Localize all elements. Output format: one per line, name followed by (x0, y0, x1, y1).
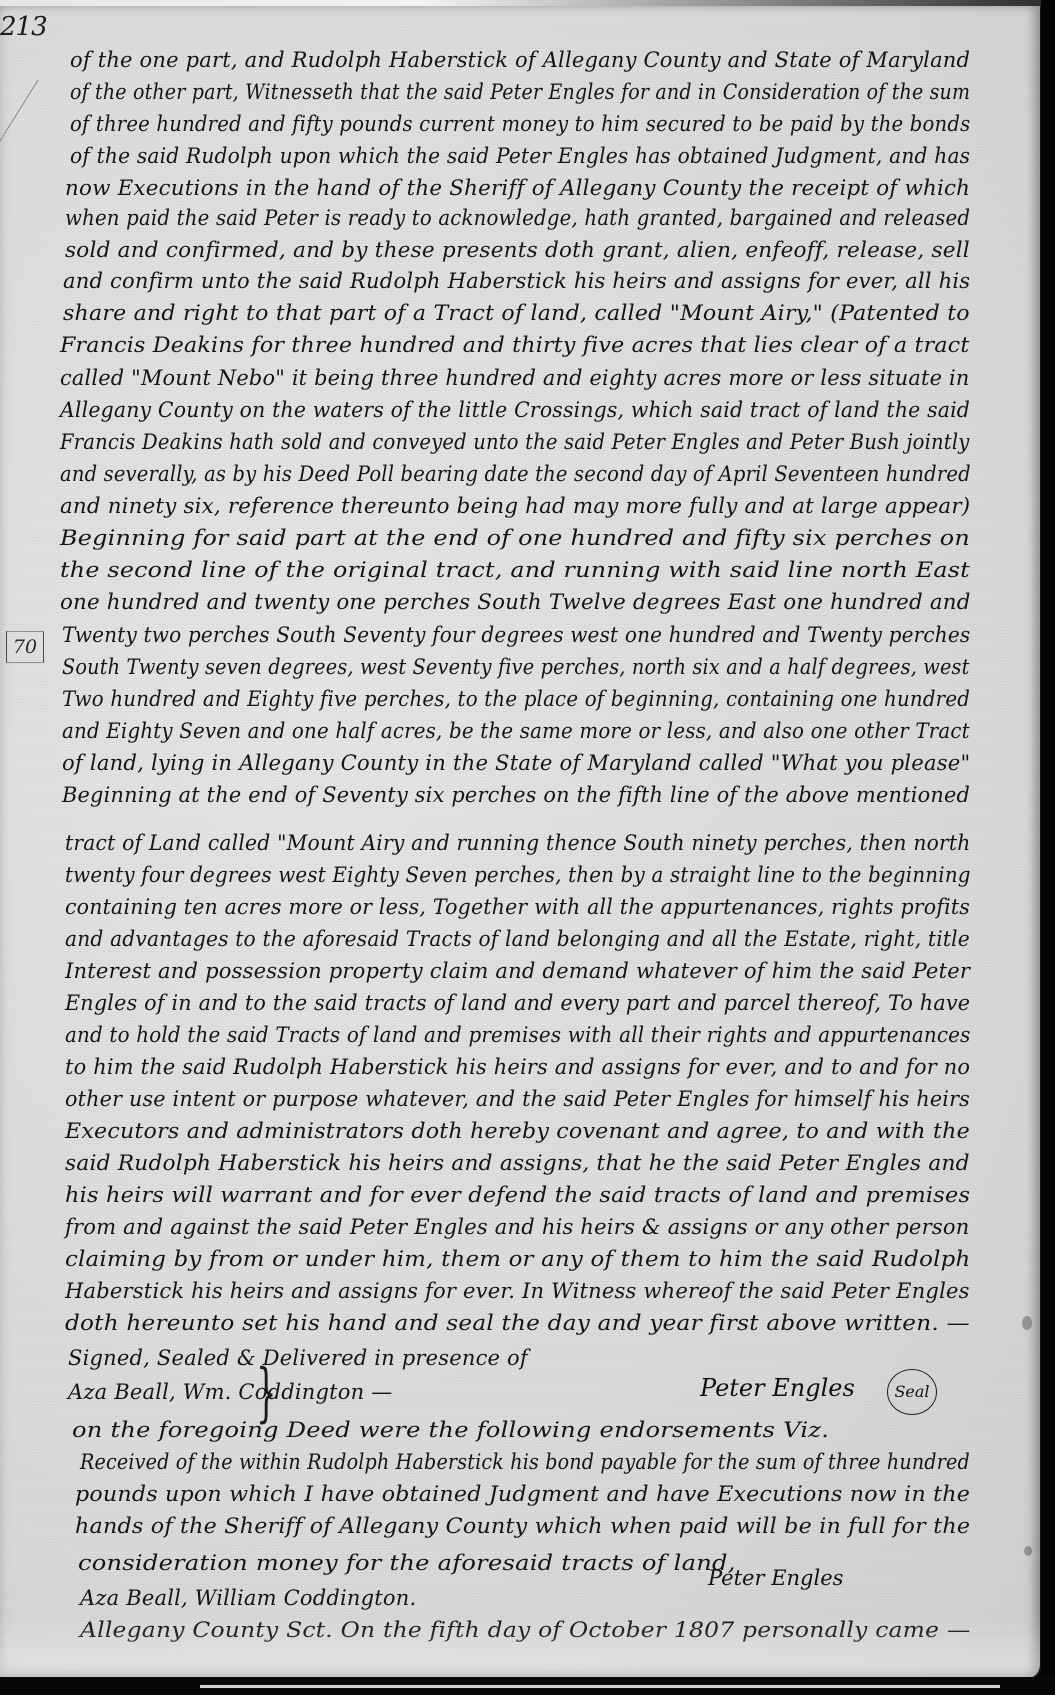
deed-line: Engles of in and to the said tracts of l… (65, 991, 970, 1015)
deed-line: of land, lying in Allegany County in the… (62, 751, 970, 775)
endorsement-witnesses: Aza Beall, William Coddington. (80, 1586, 416, 1610)
scan-right-edge (1041, 0, 1055, 1695)
scanned-document: 213 70 of the one part, and Rudolph Habe… (0, 0, 1055, 1695)
deed-line: his heirs will warrant and for ever defe… (65, 1183, 970, 1207)
deed-line: tract of Land called "Mount Airy and run… (65, 831, 970, 855)
deed-line: of three hundred and fifty pounds curren… (70, 112, 970, 136)
deed-line: and Eighty Seven and one half acres, be … (62, 719, 970, 743)
endorsement-line: pounds upon which I have obtained Judgme… (75, 1482, 970, 1506)
endorsement-line: Received of the within Rudolph Haberstic… (80, 1450, 970, 1474)
deed-line: Interest and possession property claim a… (65, 959, 970, 983)
deed-line: Beginning at the end of Seventy six perc… (62, 783, 970, 807)
scan-bottom-edge (0, 1677, 1055, 1695)
deed-line: called "Mount Nebo" it being three hundr… (60, 366, 969, 390)
deed-body: of the one part, and Rudolph Haberstick … (0, 6, 1040, 1678)
deed-line: Executors and administrators doth hereby… (65, 1119, 970, 1143)
deed-line: one hundred and twenty one perches South… (60, 590, 971, 614)
deed-line: the second line of the original tract, a… (60, 558, 970, 582)
deed-line: and confirm unto the said Rudolph Habers… (63, 269, 970, 293)
deed-page: 213 70 of the one part, and Rudolph Habe… (0, 6, 1043, 1678)
deed-line: now Executions in the hand of the Sherif… (65, 176, 970, 200)
endorsement-line: consideration money for the aforesaid tr… (78, 1551, 736, 1575)
attestation-signed-line: Signed, Sealed & Delivered in presence o… (68, 1346, 528, 1370)
deed-line: Beginning for said part at the end of on… (60, 526, 970, 550)
deed-line: other use intent or purpose whatever, an… (65, 1087, 970, 1111)
deed-line: of the one part, and Rudolph Haberstick … (70, 48, 970, 72)
witness-brace: } (256, 1361, 276, 1425)
deed-line: when paid the said Peter is ready to ack… (65, 206, 970, 230)
deed-line: Haberstick his heirs and assigns for eve… (65, 1279, 970, 1303)
deed-line: share and right to that part of a Tract … (63, 301, 970, 325)
deed-line: South Twenty seven degrees, west Seventy… (62, 655, 970, 679)
deed-line: Allegany County on the waters of the lit… (60, 398, 970, 422)
deed-line: claiming by from or under him, them or a… (65, 1247, 970, 1271)
deed-line: sold and confirmed, and by these present… (65, 238, 970, 262)
deed-line: of the other part, Witnesseth that the s… (70, 80, 970, 104)
deed-line: twenty four degrees west Eighty Seven pe… (65, 863, 971, 887)
deed-line: Two hundred and Eighty five perches, to … (62, 687, 970, 711)
deed-line: and ninety six, reference thereunto bein… (60, 494, 970, 518)
deed-line: doth hereunto set his hand and seal the … (65, 1311, 970, 1335)
attestation-witnesses: Aza Beall, Wm. Coddington — (68, 1380, 392, 1404)
deed-line: Francis Deakins hath sold and conveyed u… (60, 430, 969, 454)
deed-line: from and against the said Peter Engles a… (65, 1215, 969, 1239)
grantor-signature: Peter Engles (700, 1374, 855, 1402)
deed-line: to him the said Rudolph Haberstick his h… (65, 1055, 970, 1079)
deed-line: and advantages to the aforesaid Tracts o… (65, 927, 970, 951)
deed-line: said Rudolph Haberstick his heirs and as… (65, 1151, 970, 1175)
deed-line: and to hold the said Tracts of land and … (65, 1023, 971, 1047)
endorsement-signature: Peter Engles (708, 1566, 843, 1590)
endorsement-line: hands of the Sheriff of Allegany County … (75, 1514, 970, 1538)
deed-line: containing ten acres more or less, Toget… (65, 895, 970, 919)
seal-mark: Seal (887, 1369, 937, 1415)
endorsement-intro: on the foregoing Deed were the following… (72, 1418, 829, 1442)
deed-line: and severally, as by his Deed Poll beari… (60, 462, 971, 486)
deed-line: Twenty two perches South Seventy four de… (62, 623, 970, 647)
deed-line: Francis Deakins for three hundred and th… (60, 333, 969, 357)
acknowledgment-line: Allegany County Sct. On the fifth day of… (80, 1618, 970, 1642)
deed-line: of the said Rudolph upon which the said … (70, 144, 970, 168)
